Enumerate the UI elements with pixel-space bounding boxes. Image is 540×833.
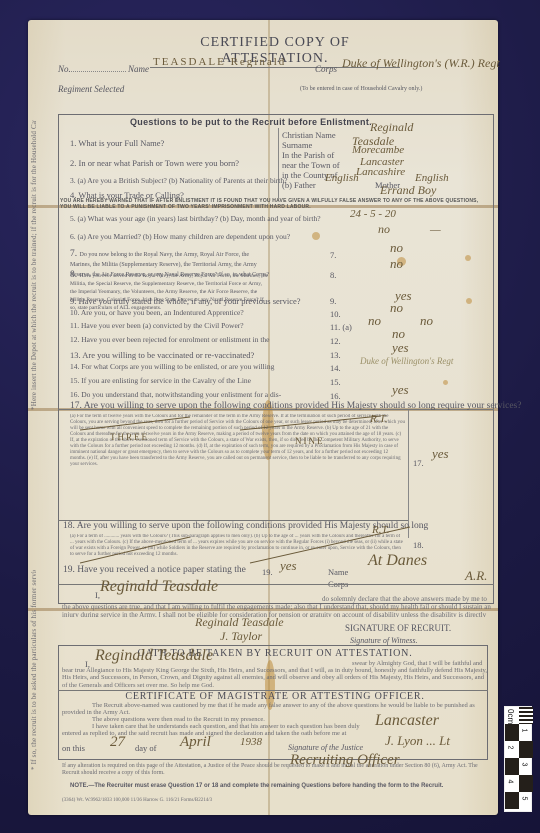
certificate-para-3: I have taken care that he understands ea… xyxy=(62,723,362,738)
question-17: 17. Are you willing to serve upon the fo… xyxy=(70,401,521,411)
answer-label: Surname xyxy=(282,140,312,150)
answer-14: Duke of Wellington's Regt xyxy=(360,356,453,366)
question-6: 6. (a) Are you Married? (b) How many chi… xyxy=(70,232,290,241)
recruit-signature-label: SIGNATURE OF RECRUIT. xyxy=(345,623,451,633)
answer-11b: no xyxy=(420,313,433,329)
answer-number: 7. xyxy=(330,250,336,260)
day-of-label: day of xyxy=(135,743,156,753)
answer-number: 17. xyxy=(413,458,424,468)
answer-number: 15. xyxy=(330,377,341,387)
notice-corps-value: A.R. xyxy=(465,568,487,584)
recruit-name-value: TEASDALE Reginald xyxy=(153,56,286,68)
scale-bar: 0cm 1 2 3 4 5 xyxy=(504,706,532,812)
answer-label: near the Town of xyxy=(282,160,340,170)
justice-signature: J. Lyon ... Lt xyxy=(385,733,450,749)
answer-2-county: Lancashire xyxy=(356,166,405,178)
answer-label: (b) Father xyxy=(282,180,316,190)
witness-signature-label: Signature of Witness. xyxy=(350,636,417,645)
answer-label: Christian Name xyxy=(282,130,336,140)
scale-tick: 1 xyxy=(520,729,527,733)
recruit-signature: Reginald Teasdale xyxy=(195,615,284,630)
answer-3-father: English xyxy=(325,172,359,184)
question-2: 2. In or near what Parish or Town were y… xyxy=(70,158,239,168)
declaration-text: do solemnly declare that the above answe… xyxy=(62,595,492,617)
column-divider xyxy=(278,128,279,198)
answer-1-christian-name: Reginald xyxy=(370,120,413,135)
question-13: 13. Are you willing to be vaccinated or … xyxy=(70,350,254,360)
answer-8: no xyxy=(390,256,403,272)
answer-number: 14. xyxy=(330,363,341,373)
scale-tick: 5 xyxy=(520,797,527,801)
initials-18: R.T. xyxy=(372,524,390,536)
answer-6-married: no xyxy=(378,222,390,237)
question-16: 16. Do you understand that, notwithstand… xyxy=(70,390,281,399)
margin-note-top: *Here insert the Depot at which the recr… xyxy=(30,120,48,410)
strike-through-lines xyxy=(80,525,410,565)
answer-7: no xyxy=(390,240,403,256)
witness-signature: J. Taylor xyxy=(220,629,262,644)
justice-signature-label: Signature of the Justice xyxy=(288,743,363,752)
alteration-note: If any alteration is required on this pa… xyxy=(62,763,492,777)
scale-tick: 3 xyxy=(520,763,527,767)
scale-label: 0cm xyxy=(506,709,515,724)
answer-10: no xyxy=(390,300,403,316)
name-label: Name xyxy=(128,64,149,74)
attestation-year: 1938 xyxy=(240,736,262,748)
answer-11a: no xyxy=(368,313,381,329)
margin-note-bottom: * If so, the recruit is to be asked the … xyxy=(30,570,48,770)
question-9: 9. Have you truly stated the whole, if a… xyxy=(70,296,301,306)
question-14: 14. For what Corps are you willing to be… xyxy=(70,362,274,371)
false-answer-warning: YOU ARE HEREBY WARNED THAT IF AFTER ENLI… xyxy=(60,198,490,210)
question-1: 1. What is your Full Name? xyxy=(70,138,164,148)
answer-5-birth-date: 24 - 5 - 20 xyxy=(350,208,396,220)
regiment-note: (To be entered in case of Household Cava… xyxy=(300,86,422,92)
recruiting-officer-title: Recruiting Officer xyxy=(290,752,400,769)
corps-value: Duke of Wellington's (W.R.) Regt xyxy=(342,56,500,71)
notice-name-value: At Danes xyxy=(368,552,427,570)
answer-number: 18. xyxy=(413,540,424,550)
questions-heading: Questions to be put to the Recruit befor… xyxy=(130,117,372,127)
bottom-note: NOTE.—The Recruiter must erase Question … xyxy=(70,783,443,789)
attestation-month: April xyxy=(180,734,211,751)
oath-text: swear by Almighty God, that I will be fa… xyxy=(62,660,487,690)
question-3: 3. (a) Are you a British Subject? (b) Na… xyxy=(70,176,287,185)
print-code: (3364) Wt. W.9962/1833 100,000 11/36 Har… xyxy=(62,798,212,804)
strike-through-lines xyxy=(80,414,400,434)
notice-name-label: Name xyxy=(328,567,348,577)
declaration-recruit-name: Reginald Teasdale xyxy=(100,578,218,596)
answer-number: 12. xyxy=(330,336,341,346)
number-label: No. xyxy=(58,64,126,74)
column-divider xyxy=(408,410,409,538)
question-10: 10. Are you, or have you been, an Indent… xyxy=(70,308,244,317)
attestation-day: 27 xyxy=(110,734,125,751)
answer-2-parish: Morecambe xyxy=(352,144,404,156)
inserted-word-nine: NINE xyxy=(295,436,325,446)
answer-17: yes xyxy=(432,446,449,462)
answer-number: 13. xyxy=(330,350,341,360)
corps-label: Corps xyxy=(315,64,337,74)
answer-number: 8. xyxy=(330,270,336,280)
question-8: 8. Have you ever served in the Royal Nav… xyxy=(70,272,270,312)
question-5: 5. (a) What was your age (in years) last… xyxy=(70,214,321,223)
scale-tick: 4 xyxy=(506,780,513,784)
answer-number: 19. xyxy=(262,567,273,577)
on-this-label: on this xyxy=(62,743,85,753)
scale-tick: 2 xyxy=(506,746,513,750)
answer-label: In the Parish of xyxy=(282,150,334,160)
certificate-heading: CERTIFICATE OF MAGISTRATE OR ATTESTING O… xyxy=(60,691,490,702)
attestation-place: Lancaster xyxy=(375,712,439,730)
answer-number: 11. (a) xyxy=(330,322,352,332)
answer-16: yes xyxy=(392,382,409,398)
answer-number: 10. xyxy=(330,309,341,319)
question-12: 12. Have you ever been rejected for enro… xyxy=(70,335,270,344)
question-11: 11. Have you ever been (a) convicted by … xyxy=(70,321,244,330)
answer-number: 9. xyxy=(330,296,336,306)
regiment-selected-label: Regiment Selected xyxy=(58,84,124,94)
answer-number: 16. xyxy=(330,391,341,401)
answer-19: yes xyxy=(280,558,297,574)
question-19: 19. Have you received a notice paper sta… xyxy=(63,565,246,575)
question-15: 15. If you are enlisting for service in … xyxy=(70,376,251,385)
answer-4-trade: Errand Boy xyxy=(380,183,436,198)
answer-13: yes xyxy=(392,340,409,356)
answer-6-children: — xyxy=(430,222,441,237)
